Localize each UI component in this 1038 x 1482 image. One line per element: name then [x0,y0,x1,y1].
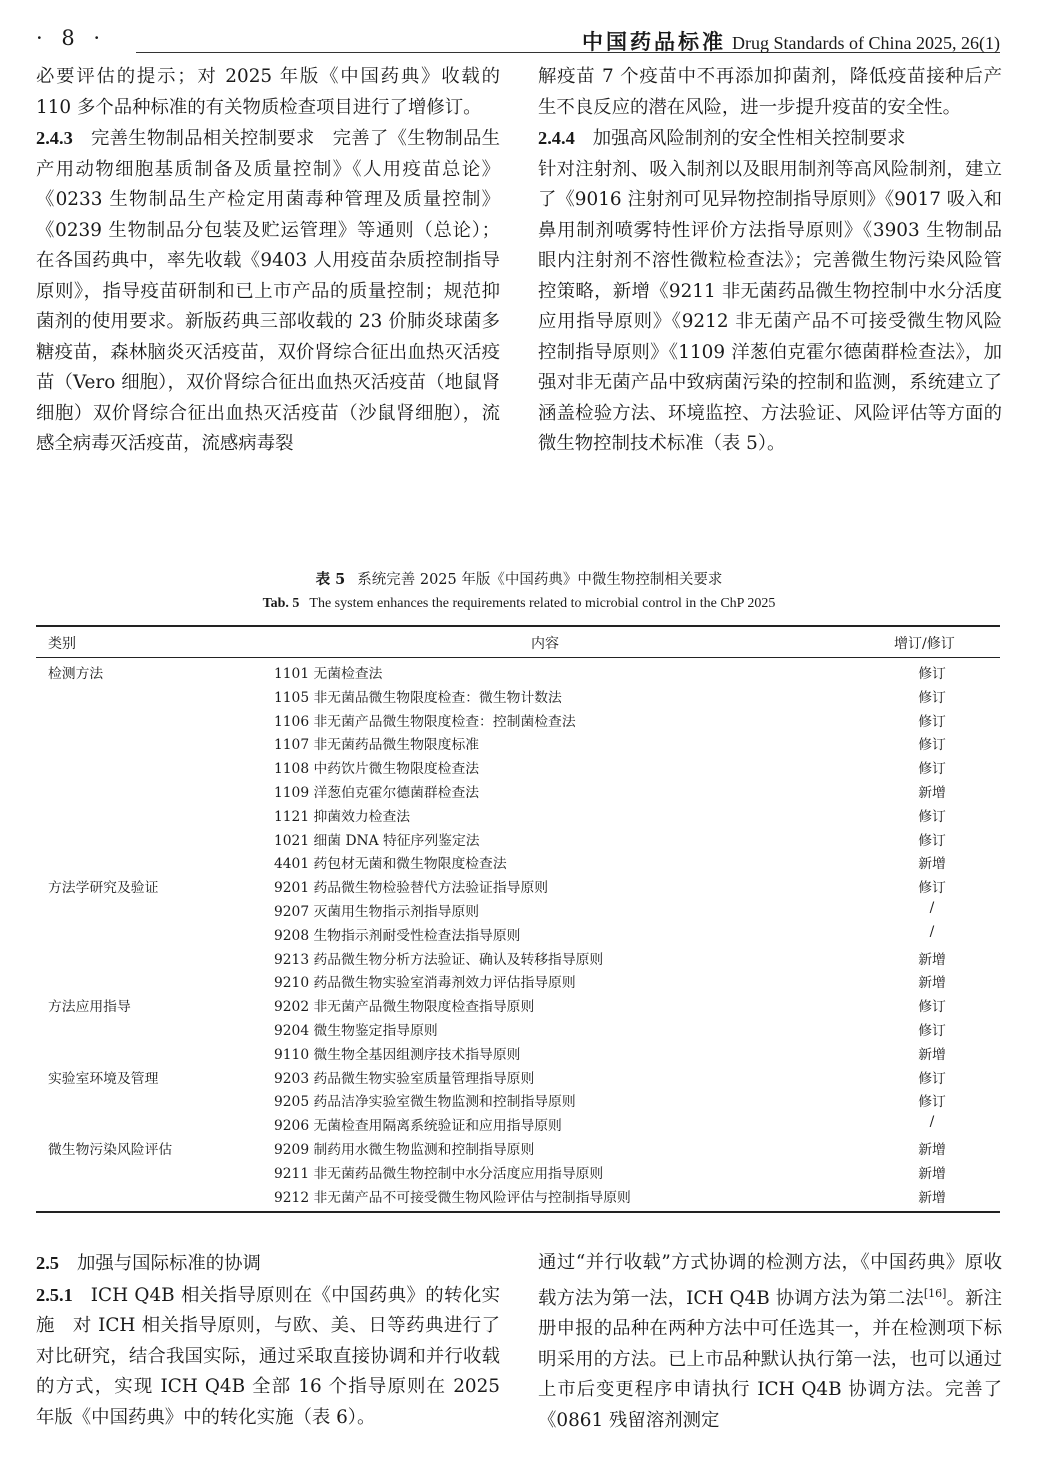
table-title-cn: 系统完善 2025 年版《中国药典》中微生物控制相关要求 [357,572,722,588]
row-status: 新增 [894,1138,970,1158]
section-2-4-4-heading: 2.4.4加强高风险制剂的安全性相关控制要求 [538,123,1002,155]
row-content: 1101 无菌检查法 [274,662,382,682]
row-content: 9211 非无菌药品微生物控制中水分活度应用指导原则 [274,1162,603,1182]
row-status: / [894,1114,970,1130]
row-status: 修订 [894,686,970,706]
section-2-4-3: 2.4.3完善生物制品相关控制要求完善了《生物制品生产用动物细胞基质制备及质量控… [36,123,500,460]
row-status: 新增 [894,971,970,991]
journal-title-cn: 中国药品标准 [582,30,726,54]
column-left-bottom: 2.5加强与国际标准的协调 2.5.1ICH Q4B 相关指导原则在《中国药典》… [36,1248,500,1433]
table-row: 9210 药品微生物实验室消毒剂效力评估指导原则新增 [36,969,1000,993]
row-content: 1109 洋葱伯克霍尔德菌群检查法 [274,781,479,801]
row-content: 9207 灭菌用生物指示剂指导原则 [274,900,479,920]
row-status: 修订 [894,710,970,730]
row-status: 新增 [894,781,970,801]
row-status: 修订 [894,1019,970,1039]
section-title: 加强与国际标准的协调 [77,1253,261,1274]
row-content: 1108 中药饮片微生物限度检查法 [274,757,479,777]
paragraph-text: 通过“并行收载”方式协调的检测方法，《中国药典》原收载方法为第一法，ICH Q4… [538,1252,1002,1309]
row-content: 1105 非无菌品微生物限度检查：微生物计数法 [274,686,562,706]
row-status: 修订 [894,757,970,777]
row-category: 实验室环境及管理 [48,1067,158,1087]
section-2-5-heading: 2.5加强与国际标准的协调 [36,1248,500,1280]
table-row: 9213 药品微生物分析方法验证、确认及转移指导原则新增 [36,946,1000,970]
row-content: 9212 非无菌产品不可接受微生物风险评估与控制指导原则 [274,1186,631,1206]
table-row: 9212 非无菌产品不可接受微生物风险评估与控制指导原则新增 [36,1184,1000,1208]
column-right-top: 解疫苗 7 个疫苗中不再添加抑菌剂，降低疫苗接种后产生不良反应的潜在风险，进一步… [538,62,1002,460]
row-category: 检测方法 [48,662,103,682]
header-category: 类别 [48,633,76,653]
journal-title-en: Drug Standards of China 2025, 26(1) [732,33,1000,53]
row-status: 修订 [894,829,970,849]
row-content: 9203 药品微生物实验室质量管理指导原则 [274,1067,534,1087]
row-status: 新增 [894,948,970,968]
journal-title: 中国药品标准 Drug Standards of China 2025, 26(… [582,26,1000,56]
paragraph: 解疫苗 7 个疫苗中不再添加抑菌剂，降低疫苗接种后产生不良反应的潜在风险，进一步… [538,62,1002,123]
table-row: 9110 微生物全基因组测序技术指导原则新增 [36,1041,1000,1065]
row-status: 修订 [894,1090,970,1110]
header-status: 增订/修订 [894,633,955,653]
page-number: · 8 · [36,26,106,50]
row-status: 新增 [894,1162,970,1182]
section-number: 2.5 [36,1253,59,1273]
row-content: 9210 药品微生物实验室消毒剂效力评估指导原则 [274,971,576,991]
table-row: 4401 药包材无菌和微生物限度检查法新增 [36,850,1000,874]
table-row: 方法应用指导9202 非无菌产品微生物限度检查指导原则修订 [36,993,1000,1017]
row-content: 9204 微生物鉴定指导原则 [274,1019,438,1039]
row-status: 新增 [894,1186,970,1206]
section-number: 2.5.1 [36,1285,73,1305]
table-row: 1107 非无菌药品微生物限度标准修订 [36,731,1000,755]
row-status: 新增 [894,852,970,872]
paragraph: 通过“并行收载”方式协调的检测方法，《中国药典》原收载方法为第一法，ICH Q4… [538,1248,1002,1436]
section-2-5-1: 2.5.1ICH Q4B 相关指导原则在《中国药典》的转化实施对 ICH 相关指… [36,1280,500,1434]
table-row: 1109 洋葱伯克霍尔德菌群检查法新增 [36,779,1000,803]
table-row: 9207 灭菌用生物指示剂指导原则/ [36,898,1000,922]
section-number: 2.4.3 [36,128,73,148]
row-content: 1121 抑菌效力检查法 [274,805,410,825]
table-row: 9211 非无菌药品微生物控制中水分活度应用指导原则新增 [36,1160,1000,1184]
row-status: 修订 [894,662,970,682]
section-title: 完善生物制品相关控制要求 [91,128,315,149]
row-status: / [894,924,970,940]
table-row: 微生物污染风险评估9209 制药用水微生物监测和控制指导原则新增 [36,1136,1000,1160]
row-status: 修订 [894,805,970,825]
table-row: 9206 无菌检查用隔离系统验证和应用指导原则/ [36,1112,1000,1136]
row-content: 9213 药品微生物分析方法验证、确认及转移指导原则 [274,948,603,968]
table-body: 检测方法1101 无菌检查法修订1105 非无菌品微生物限度检查：微生物计数法修… [36,658,1000,1211]
table-label-en: Tab. 5 [263,596,300,611]
section-body: 针对注射剂、吸入制剂以及眼用制剂等高风险制剂，建立了《9016 注射剂可见异物控… [538,155,1002,460]
table-row: 9208 生物指示剂耐受性检查法指导原则/ [36,922,1000,946]
header-content: 内容 [531,633,559,653]
table-row: 1106 非无菌产品微生物限度检查：控制菌检查法修订 [36,708,1000,732]
row-category: 微生物污染风险评估 [48,1138,172,1158]
row-status: 修订 [894,876,970,896]
section-title: 加强高风险制剂的安全性相关控制要求 [593,128,906,149]
table-label-cn: 表 5 [316,571,346,588]
table-title-en: The system enhances the requirements rel… [309,596,775,611]
row-status: / [894,900,970,916]
row-content: 4401 药包材无菌和微生物限度检查法 [274,852,507,872]
row-category: 方法应用指导 [48,995,131,1015]
paragraph: 必要评估的提示；对 2025 年版《中国药典》收载的 110 多个品种标准的有关… [36,62,500,123]
table-row: 实验室环境及管理9203 药品微生物实验室质量管理指导原则修订 [36,1065,1000,1089]
table-caption-cn: 表 5系统完善 2025 年版《中国药典》中微生物控制相关要求 [0,568,1038,589]
row-content: 1107 非无菌药品微生物限度标准 [274,733,479,753]
table-row: 方法学研究及验证9201 药品微生物检验替代方法验证指导原则修订 [36,874,1000,898]
section-number: 2.4.4 [538,128,575,148]
table-bottom-rule [36,1211,1000,1213]
table-row: 1021 细菌 DNA 特征序列鉴定法修订 [36,827,1000,851]
row-content: 1106 非无菌产品微生物限度检查：控制菌检查法 [274,710,576,730]
paragraph-text: 。新注册申报的品种在两种方法中可任选其一，并在检测项下标明采用的方法。已上市品种… [538,1288,1002,1431]
row-content: 9205 药品洁净实验室微生物监测和控制指导原则 [274,1090,576,1110]
row-content: 9202 非无菌产品微生物限度检查指导原则 [274,995,534,1015]
table-row: 1121 抑菌效力检查法修订 [36,803,1000,827]
page-header: · 8 · 中国药品标准 Drug Standards of China 202… [36,26,1000,54]
section-body: 对 ICH 相关指导原则，与欧、美、日等药典进行了对比研究，结合我国实际，通过采… [36,1315,500,1428]
table-row: 1108 中药饮片微生物限度检查法修订 [36,755,1000,779]
row-category: 方法学研究及验证 [48,876,158,896]
table-row: 9204 微生物鉴定指导原则修订 [36,1017,1000,1041]
row-status: 新增 [894,1043,970,1063]
row-status: 修订 [894,995,970,1015]
row-content: 9208 生物指示剂耐受性检查法指导原则 [274,924,520,944]
row-content: 9209 制药用水微生物监测和控制指导原则 [274,1138,534,1158]
row-content: 9206 无菌检查用隔离系统验证和应用指导原则 [274,1114,562,1134]
table-row: 检测方法1101 无菌检查法修订 [36,660,1000,684]
row-content: 9110 微生物全基因组测序技术指导原则 [274,1043,520,1063]
citation-ref: [16] [924,1287,947,1300]
row-status: 修订 [894,733,970,753]
row-content: 9201 药品微生物检验替代方法验证指导原则 [274,876,548,896]
table-row: 9205 药品洁净实验室微生物监测和控制指导原则修订 [36,1088,1000,1112]
table-caption-en: Tab. 5The system enhances the requiremen… [0,596,1038,612]
row-content: 1021 细菌 DNA 特征序列鉴定法 [274,829,480,849]
row-status: 修订 [894,1067,970,1087]
table-row: 1105 非无菌品微生物限度检查：微生物计数法修订 [36,684,1000,708]
table-header: 类别 内容 增订/修订 [36,627,1000,657]
column-right-bottom: 通过“并行收载”方式协调的检测方法，《中国药典》原收载方法为第一法，ICH Q4… [538,1248,1002,1436]
section-body: 完善了《生物制品生产用动物细胞基质制备及质量控制》《人用疫苗总论》《0233 生… [36,128,500,454]
column-left-top: 必要评估的提示；对 2025 年版《中国药典》收载的 110 多个品种标准的有关… [36,62,500,460]
table-5: 类别 内容 增订/修订 检测方法1101 无菌检查法修订1105 非无菌品微生物… [36,625,1000,1213]
